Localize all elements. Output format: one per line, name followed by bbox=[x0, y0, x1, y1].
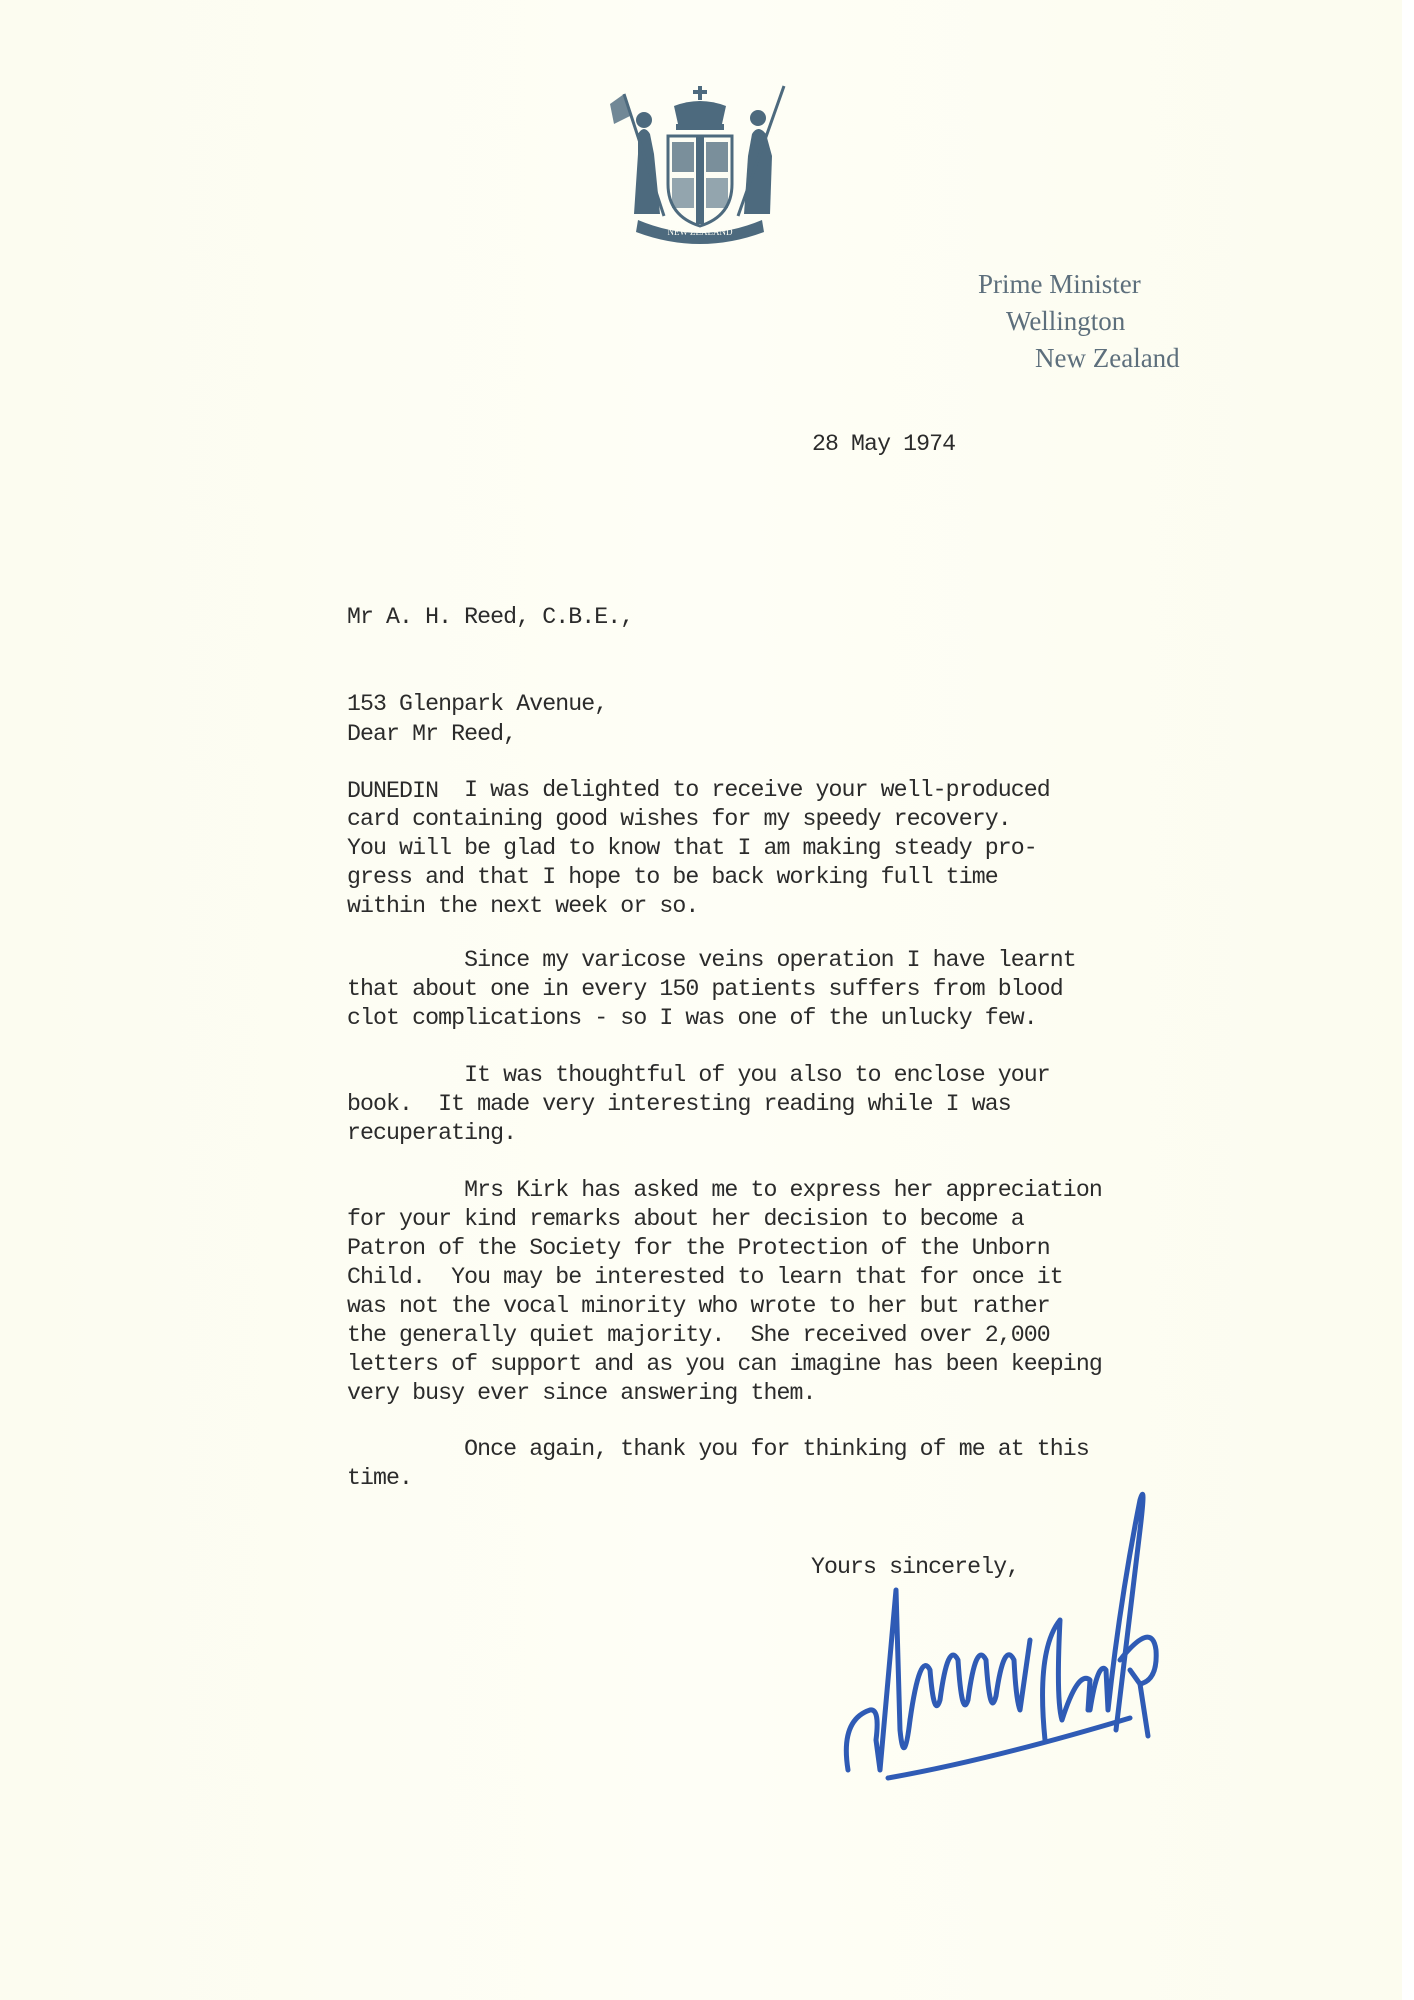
coat-of-arms-icon: NEW ZEALAND bbox=[608, 84, 792, 244]
paragraph-line: book. It made very interesting reading w… bbox=[347, 1090, 1050, 1119]
paragraph-1: I was delighted to receive your well-pro… bbox=[347, 776, 1050, 921]
paragraph-line: Child. You may be interested to learn th… bbox=[347, 1263, 1102, 1292]
paragraph-4: Mrs Kirk has asked me to express her app… bbox=[347, 1176, 1102, 1408]
recipient-name: Mr A. H. Reed, C.B.E., bbox=[347, 603, 633, 632]
paragraph-line: Since my varicose veins operation I have… bbox=[347, 946, 1076, 975]
paragraph-3: It was thoughtful of you also to enclose… bbox=[347, 1061, 1050, 1148]
page-edge bbox=[1402, 0, 1414, 2000]
paragraph-line: that about one in every 150 patients suf… bbox=[347, 975, 1076, 1004]
letterhead-title: Prime Minister bbox=[978, 266, 1180, 303]
paragraph-line: card containing good wishes for my speed… bbox=[347, 805, 1050, 834]
paragraph-line: gress and that I hope to be back working… bbox=[347, 863, 1050, 892]
paragraph-line: the generally quiet majority. She receiv… bbox=[347, 1321, 1102, 1350]
letter-date: 28 May 1974 bbox=[812, 430, 955, 459]
recipient-street: 153 Glenpark Avenue, bbox=[347, 690, 633, 719]
paragraph-line: was not the vocal minority who wrote to … bbox=[347, 1292, 1102, 1321]
svg-text:NEW ZEALAND: NEW ZEALAND bbox=[667, 227, 733, 237]
paragraph-line: for your kind remarks about her decision… bbox=[347, 1205, 1102, 1234]
paragraph-line: You will be glad to know that I am makin… bbox=[347, 834, 1050, 863]
paragraph-line: Once again, thank you for thinking of me… bbox=[347, 1435, 1089, 1464]
paragraph-line: Patron of the Society for the Protection… bbox=[347, 1234, 1102, 1263]
paragraph-line: It was thoughtful of you also to enclose… bbox=[347, 1061, 1050, 1090]
letterhead-city: Wellington bbox=[1006, 303, 1180, 340]
salutation: Dear Mr Reed, bbox=[347, 720, 516, 749]
letterhead-country: New Zealand bbox=[1035, 340, 1180, 377]
paragraph-line: very busy ever since answering them. bbox=[347, 1379, 1102, 1408]
paragraph-line: letters of support and as you can imagin… bbox=[347, 1350, 1102, 1379]
paragraph-2: Since my varicose veins operation I have… bbox=[347, 946, 1076, 1033]
paragraph-line: clot complications - so I was one of the… bbox=[347, 1004, 1076, 1033]
paragraph-line: I was delighted to receive your well-pro… bbox=[347, 776, 1050, 805]
letterhead-address: Prime Minister Wellington New Zealand bbox=[978, 266, 1180, 377]
paragraph-line: recuperating. bbox=[347, 1119, 1050, 1148]
signature-icon bbox=[840, 1470, 1180, 1790]
paragraph-line: within the next week or so. bbox=[347, 892, 1050, 921]
paragraph-line: Mrs Kirk has asked me to express her app… bbox=[347, 1176, 1102, 1205]
